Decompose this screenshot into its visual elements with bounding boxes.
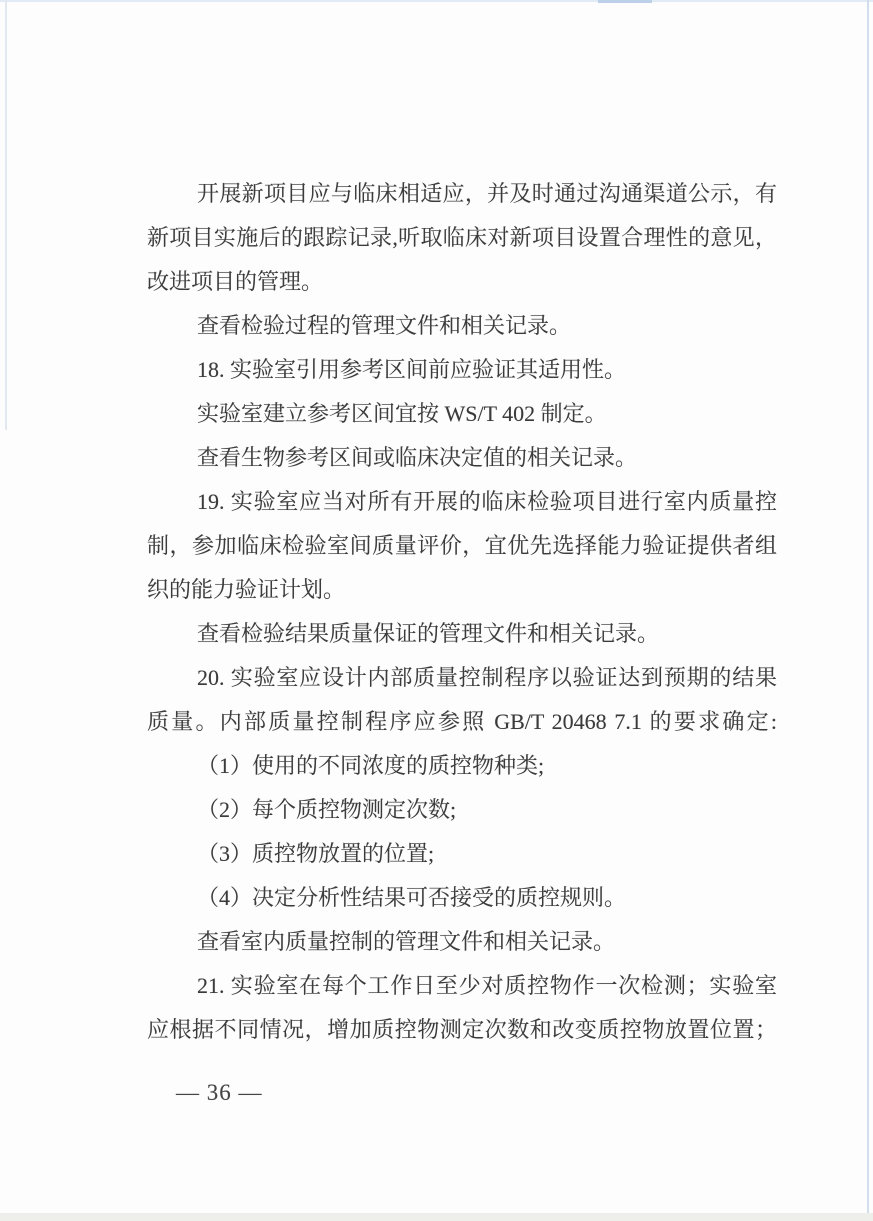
text-line: 21. 实验室在每个工作日至少对质控物作一次检测；实验室 xyxy=(147,964,777,1008)
scan-edge-left xyxy=(5,0,7,430)
text-line: 织的能力验证计划。 xyxy=(147,568,777,612)
scanned-document-page: 开展新项目应与临床相适应，并及时通过沟通渠道公示，有新项目实施后的跟踪记录,听取… xyxy=(0,0,873,1221)
text-line: 19. 实验室应当对所有开展的临床检验项目进行室内质量控 xyxy=(147,480,777,524)
text-line: 开展新项目应与临床相适应，并及时通过沟通渠道公示，有 xyxy=(147,172,777,216)
text-line: 实验室建立参考区间宜按 WS/T 402 制定。 xyxy=(147,392,777,436)
text-line: （4）决定分析性结果可否接受的质控规则。 xyxy=(147,876,777,920)
text-line: 查看检验过程的管理文件和相关记录。 xyxy=(147,304,777,348)
text-line: 制，参加临床检验室间质量评价，宜优先选择能力验证提供者组 xyxy=(147,524,777,568)
text-line: （3）质控物放置的位置; xyxy=(147,832,777,876)
scan-edge-top xyxy=(0,0,873,2)
text-line: 质量。内部质量控制程序应参照 GB/T 20468 7.1 的要求确定: xyxy=(147,700,777,744)
text-line: 查看生物参考区间或临床决定值的相关记录。 xyxy=(147,436,777,480)
text-line: （2）每个质控物测定次数; xyxy=(147,788,777,832)
text-line: 新项目实施后的跟踪记录,听取临床对新项目设置合理性的意见， xyxy=(147,216,777,260)
text-line: 改进项目的管理。 xyxy=(147,260,777,304)
text-line: 查看室内质量控制的管理文件和相关记录。 xyxy=(147,920,777,964)
page-number: — 36 — xyxy=(176,1081,263,1104)
scan-edge-top-segment xyxy=(598,0,652,3)
text-line: 18. 实验室引用参考区间前应验证其适用性。 xyxy=(147,348,777,392)
text-line: 20. 实验室应设计内部质量控制程序以验证达到预期的结果 xyxy=(147,656,777,700)
scan-edge-bottom xyxy=(0,1213,873,1221)
scan-edge-right xyxy=(867,0,869,1221)
text-line: （1）使用的不同浓度的质控物种类; xyxy=(147,744,777,788)
document-body: 开展新项目应与临床相适应，并及时通过沟通渠道公示，有新项目实施后的跟踪记录,听取… xyxy=(147,172,777,1052)
text-line: 查看检验结果质量保证的管理文件和相关记录。 xyxy=(147,612,777,656)
text-line: 应根据不同情况，增加质控物测定次数和改变质控物放置位置； xyxy=(147,1008,777,1052)
